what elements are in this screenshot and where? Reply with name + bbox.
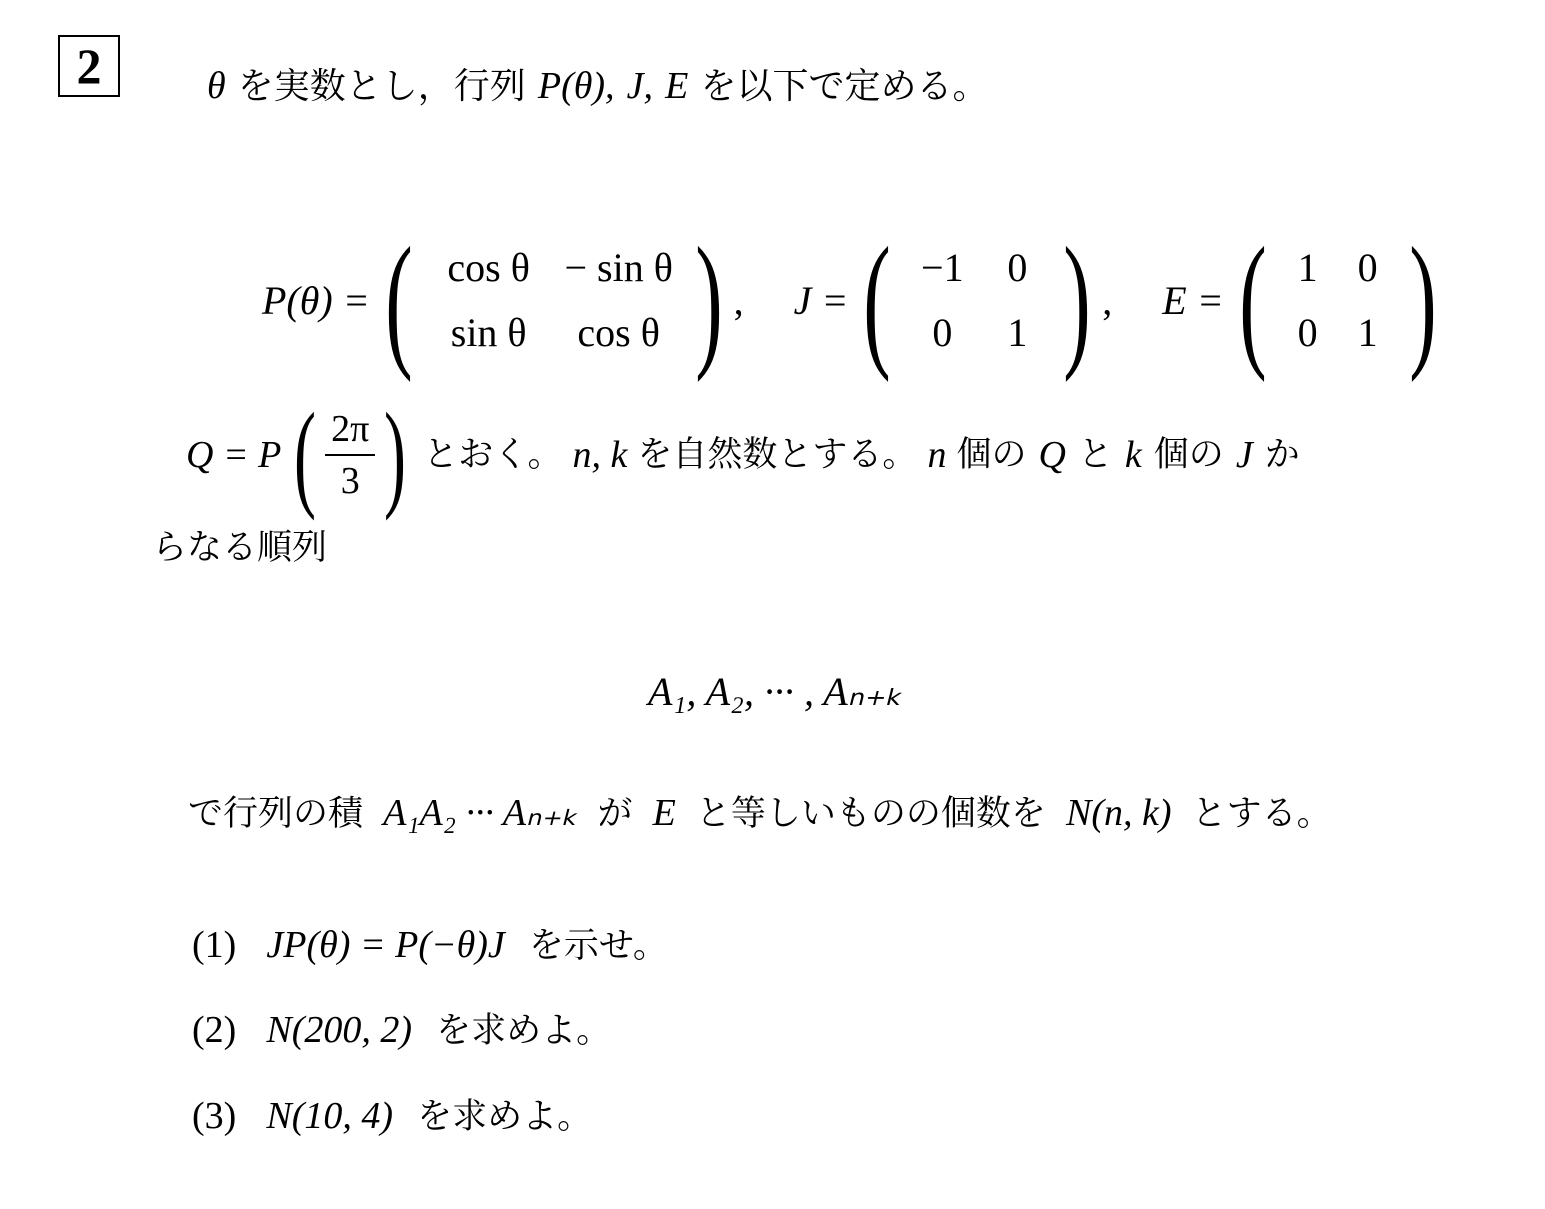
- q-line-continuation: らなる順列: [152, 520, 327, 570]
- matrix-J: −1 0 0 1: [902, 244, 1052, 356]
- matrix-E: 1 0 0 1: [1278, 244, 1398, 356]
- q-definition-line: Q = P ( 2π 3 ) とおく。 n, k を自然数とする。 n 個の Q…: [186, 400, 1300, 510]
- fraction-2pi-over-3: 2π 3: [325, 410, 375, 500]
- question-3: (3) N(10, 4) を求めよ。: [192, 1096, 592, 1135]
- product-line: で行列の積 A₁A₂ ··· Aₙ₊ₖ が E と等しいものの個数を N(n, …: [188, 793, 1332, 832]
- question-1: (1) JP(θ) = P(−θ)J を示せ。: [192, 925, 668, 964]
- intro-line: θ を実数とし，行列 P(θ), J, E を以下で定める。: [207, 66, 988, 105]
- matrix-P: cos θ − sin θ sin θ cos θ: [424, 244, 684, 356]
- problem-number: 2: [58, 35, 120, 97]
- matrix-definitions: P(θ) = ( cos θ − sin θ sin θ cos θ ) , J…: [262, 235, 1448, 365]
- sequence: A₁, A₂, ··· , Aₙ₊ₖ: [648, 668, 902, 715]
- question-2: (2) N(200, 2) を求めよ。: [192, 1010, 611, 1049]
